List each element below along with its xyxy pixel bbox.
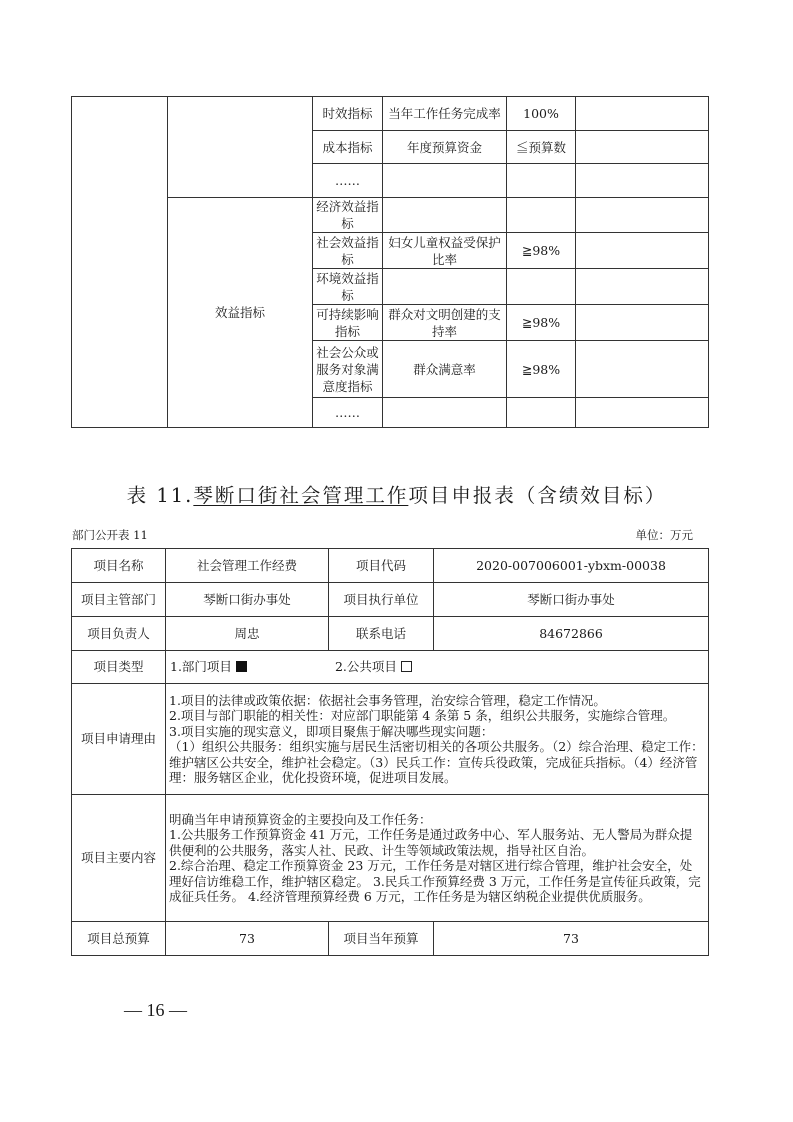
title-prefix: 表 11. bbox=[127, 484, 194, 507]
table-row: 项目负责人 周忠 联系电话 84672866 bbox=[72, 617, 709, 651]
content-text: 明确当年申请预算资金的主要投向及工作任务： 1.公共服务工作预算资金 41 万元… bbox=[166, 795, 709, 922]
performance-indicator-table: 时效指标 当年工作任务完成率 100% 成本指标 年度预算资金 ≦预算数 …… … bbox=[71, 96, 709, 428]
note-cell bbox=[576, 164, 709, 198]
note-cell bbox=[576, 305, 709, 341]
project-code-value: 2020-007006001-ybxm-00038 bbox=[434, 549, 709, 583]
indicator-cell: …… bbox=[313, 164, 383, 198]
note-cell bbox=[576, 269, 709, 305]
exec-unit-value: 琴断口街办事处 bbox=[434, 583, 709, 617]
unchecked-box-icon bbox=[401, 661, 412, 672]
title-suffix: 项目申报表（含绩效目标） bbox=[408, 484, 666, 507]
reason-line: 3.项目实施的现实意义，即项目聚焦于解决哪些现实问题： bbox=[169, 724, 704, 740]
value-cell bbox=[507, 164, 576, 198]
content-cell: 群众满意率 bbox=[383, 341, 507, 398]
note-cell bbox=[576, 97, 709, 131]
owner-label: 项目负责人 bbox=[72, 617, 166, 651]
content-cell: 妇女儿童权益受保护比率 bbox=[383, 233, 507, 269]
type-option-dept-label: 1.部门项目 bbox=[170, 659, 232, 674]
table-title: 表 11.琴断口街社会管理工作项目申报表（含绩效目标） bbox=[0, 480, 793, 508]
note-cell bbox=[576, 131, 709, 164]
project-code-label: 项目代码 bbox=[329, 549, 434, 583]
first-level-indicator-cell bbox=[72, 97, 168, 428]
value-cell bbox=[507, 269, 576, 305]
unit-label: 单位：万元 bbox=[636, 527, 694, 543]
value-cell: ≦预算数 bbox=[507, 131, 576, 164]
note-cell bbox=[576, 233, 709, 269]
content-cell: 当年工作任务完成率 bbox=[383, 97, 507, 131]
content-line: 1.公共服务工作预算资金 41 万元，工作任务是通过政务中心、军人服务站、无人警… bbox=[169, 827, 704, 858]
content-line: 2.综合治理、稳定工作预算资金 23 万元，工作任务是对辖区进行综合管理，维护社… bbox=[169, 858, 704, 905]
note-cell bbox=[576, 198, 709, 233]
content-line: 明确当年申请预算资金的主要投向及工作任务： bbox=[169, 812, 704, 828]
indicator-cell: 时效指标 bbox=[313, 97, 383, 131]
table-row: 时效指标 当年工作任务完成率 100% bbox=[72, 97, 709, 131]
reason-line: 2.项目与部门职能的相关性：对应部门职能第 4 条第 5 条，组织公共服务，实施… bbox=[169, 708, 704, 724]
current-budget-label: 项目当年预算 bbox=[329, 922, 434, 956]
checked-box-icon bbox=[236, 661, 247, 672]
table-row: 项目总预算 73 项目当年预算 73 bbox=[72, 922, 709, 956]
phone-value: 84672866 bbox=[434, 617, 709, 651]
owner-value: 周忠 bbox=[166, 617, 329, 651]
indicator-cell: 环境效益指标 bbox=[313, 269, 383, 305]
content-cell bbox=[383, 198, 507, 233]
dept-label: 项目主管部门 bbox=[72, 583, 166, 617]
indicator-cell: 社会公众或服务对象满意度指标 bbox=[313, 341, 383, 398]
value-cell: ≧98% bbox=[507, 305, 576, 341]
table-row: 项目名称 社会管理工作经费 项目代码 2020-007006001-ybxm-0… bbox=[72, 549, 709, 583]
content-label: 项目主要内容 bbox=[72, 795, 166, 922]
table-row: 项目主要内容 明确当年申请预算资金的主要投向及工作任务： 1.公共服务工作预算资… bbox=[72, 795, 709, 922]
content-cell: 群众对文明创建的支持率 bbox=[383, 305, 507, 341]
table-id-label: 部门公开表 11 bbox=[72, 527, 148, 543]
value-cell: 100% bbox=[507, 97, 576, 131]
reason-label: 项目申请理由 bbox=[72, 684, 166, 795]
output-indicator-group-cell bbox=[168, 97, 313, 198]
table-row: 项目类型 1.部门项目2.公共项目 bbox=[72, 651, 709, 684]
exec-unit-label: 项目执行单位 bbox=[329, 583, 434, 617]
table-row: 项目申请理由 1.项目的法律或政策依据：依据社会事务管理，治安综合管理，稳定工作… bbox=[72, 684, 709, 795]
value-cell: ≧98% bbox=[507, 233, 576, 269]
project-application-table: 项目名称 社会管理工作经费 项目代码 2020-007006001-ybxm-0… bbox=[71, 548, 709, 956]
phone-label: 联系电话 bbox=[329, 617, 434, 651]
dept-value: 琴断口街办事处 bbox=[166, 583, 329, 617]
indicator-cell: 经济效益指标 bbox=[313, 198, 383, 233]
table-row: 效益指标 经济效益指标 bbox=[72, 198, 709, 233]
type-label: 项目类型 bbox=[72, 651, 166, 684]
page-number: — 16 — bbox=[124, 1000, 187, 1021]
project-name-value: 社会管理工作经费 bbox=[166, 549, 329, 583]
content-cell: 年度预算资金 bbox=[383, 131, 507, 164]
current-budget-value: 73 bbox=[434, 922, 709, 956]
project-name-label: 项目名称 bbox=[72, 549, 166, 583]
indicator-cell: …… bbox=[313, 398, 383, 428]
total-budget-value: 73 bbox=[166, 922, 329, 956]
content-cell bbox=[383, 269, 507, 305]
reason-text: 1.项目的法律或政策依据：依据社会事务管理，治安综合管理，稳定工作情况。 2.项… bbox=[166, 684, 709, 795]
type-options: 1.部门项目2.公共项目 bbox=[166, 651, 709, 684]
reason-line: 1.项目的法律或政策依据：依据社会事务管理，治安综合管理，稳定工作情况。 bbox=[169, 693, 704, 709]
indicator-cell: 可持续影响指标 bbox=[313, 305, 383, 341]
indicator-cell: 成本指标 bbox=[313, 131, 383, 164]
reason-line: （1）组织公共服务：组织实施与居民生活密切相关的各项公共服务。（2）综合治理、稳… bbox=[169, 739, 704, 786]
value-cell bbox=[507, 398, 576, 428]
total-budget-label: 项目总预算 bbox=[72, 922, 166, 956]
value-cell bbox=[507, 198, 576, 233]
note-cell bbox=[576, 398, 709, 428]
type-option-public-label: 2.公共项目 bbox=[335, 659, 397, 674]
table-row: 项目主管部门 琴断口街办事处 项目执行单位 琴断口街办事处 bbox=[72, 583, 709, 617]
title-project-name: 琴断口街社会管理工作 bbox=[193, 484, 408, 507]
note-cell bbox=[576, 341, 709, 398]
content-cell bbox=[383, 164, 507, 198]
value-cell: ≧98% bbox=[507, 341, 576, 398]
benefit-indicator-group-cell: 效益指标 bbox=[168, 198, 313, 428]
indicator-cell: 社会效益指标 bbox=[313, 233, 383, 269]
content-cell bbox=[383, 398, 507, 428]
